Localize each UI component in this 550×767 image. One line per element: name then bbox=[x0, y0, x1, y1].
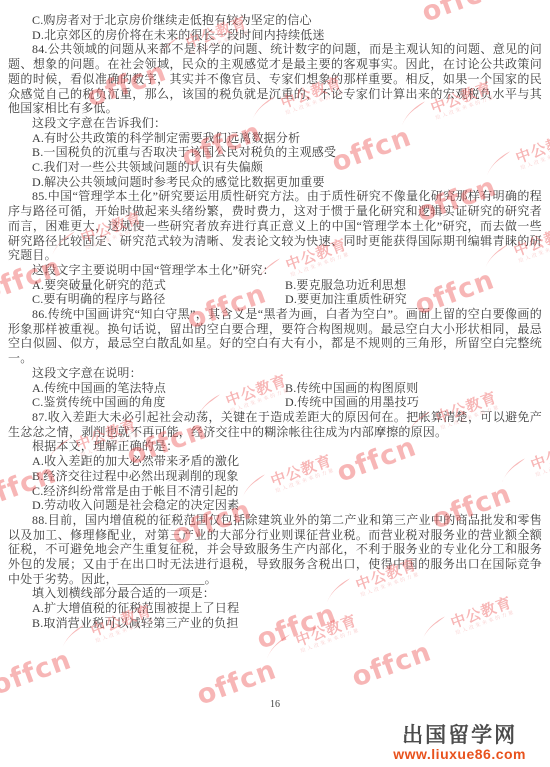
question-paragraph: 85.中国“管理学本土化”研究要运用质性研究方法。由于质性研究不像量化研究那样有… bbox=[8, 189, 542, 263]
text-line: 这段文字意在说明： bbox=[8, 366, 542, 381]
page-number: 16 bbox=[0, 699, 550, 710]
text-line: A.收入差距的加大必然带来矛盾的激化 bbox=[8, 454, 542, 469]
watermark-slogan-text: 给人改变未来的力量 bbox=[300, 627, 362, 655]
option-right: B.传统中国画的构图原则 bbox=[285, 381, 418, 396]
site-name: 出国留学网 bbox=[393, 725, 526, 747]
option-left: C.鉴赏传统中国画的角度 bbox=[32, 395, 165, 409]
offcn-logo-text: offcn bbox=[348, 638, 435, 692]
swoosh-icon bbox=[261, 632, 298, 661]
question-paragraph: 84.公共领域的问题从来都不是科学的问题、统计数字的问题，而是主观认知的问题、意… bbox=[8, 42, 542, 116]
options-row: A.要突破量化研究的范式B.要克服急功近利思想 bbox=[8, 278, 542, 293]
text-line: B.经济交往过程中必然出现剥削的现象 bbox=[8, 469, 542, 484]
question-paragraph: 86.传统中国画讲究“知白守黑”，其含义是“黑者为画，白者为空白”。画面上留的空… bbox=[8, 307, 542, 366]
text-line: 根据本文，理解正确的是： bbox=[8, 439, 542, 454]
text-line: B.一国税负的沉重与否取决于该国公民对税负的主观感受 bbox=[8, 145, 542, 160]
document-body: C.购房者对于北京房价继续走低抱有较为坚定的信心D.北京郊区的房价将在未来的很长… bbox=[8, 13, 542, 631]
options-row: A.传统中国画的笔法特点B.传统中国画的构图原则 bbox=[8, 381, 542, 396]
option-right: B.要克服急功近利思想 bbox=[285, 278, 406, 293]
option-left: C.要有明确的程序与路径 bbox=[32, 292, 165, 306]
text-line: 这段文字主要说明中国“管理学本土化”研究： bbox=[8, 263, 542, 278]
text-line: D.北京郊区的房价将在未来的很长一段时间内持续低迷 bbox=[8, 28, 542, 43]
text-line: D.劳动收入问题是社会稳定的决定因素 bbox=[8, 498, 542, 513]
site-url: www.liuxue86.com bbox=[393, 747, 526, 762]
option-right: D.传统中国画的用墨技巧 bbox=[285, 395, 419, 410]
text-line: C.我们对一些公共领域问题的认识有失偏颇 bbox=[8, 160, 542, 175]
question-paragraph: 88.目前，国内增值税的征税范围仅包括除建筑业外的第二产业和第三产业中的商品批发… bbox=[8, 513, 542, 587]
text-line: A.有时公共政策的科学制定需要我们远离数据分析 bbox=[8, 131, 542, 146]
text-line: C.购房者对于北京房价继续走低抱有较为坚定的信心 bbox=[8, 13, 542, 28]
text-line: D.解决公共领域问题时参考民众的感觉比数据更加重要 bbox=[8, 175, 542, 190]
option-right: D.要更加注重质性研究 bbox=[285, 292, 407, 307]
text-line: B.取消营业税可以减轻第三产业的负担 bbox=[8, 616, 542, 631]
exam-paper-page: C.购房者对于北京房价继续走低抱有较为坚定的信心D.北京郊区的房价将在未来的很长… bbox=[0, 0, 550, 767]
text-line: 这段文字意在告诉我们： bbox=[8, 116, 542, 131]
text-line: C.经济纠纷常常是由于帐目不清引起的 bbox=[8, 484, 542, 499]
text-line: 填入划横线部分最合适的一项是： bbox=[8, 586, 542, 601]
question-paragraph: 87.收入差距大未必引起社会动荡，关键在于造成差距大的原因何在。把帐算清楚，可以… bbox=[8, 410, 542, 439]
options-row: C.鉴赏传统中国画的角度D.传统中国画的用墨技巧 bbox=[8, 395, 542, 410]
offcn-logo-text: offcn bbox=[0, 646, 75, 700]
site-brand: 出国留学网 www.liuxue86.com bbox=[393, 725, 526, 762]
option-left: A.传统中国画的笔法特点 bbox=[32, 381, 166, 395]
options-row: C.要有明确的程序与路径D.要更加注重质性研究 bbox=[8, 292, 542, 307]
option-left: A.要突破量化研究的范式 bbox=[32, 278, 166, 292]
text-line: A.扩大增值税的征税范围被提上了日程 bbox=[8, 601, 542, 616]
